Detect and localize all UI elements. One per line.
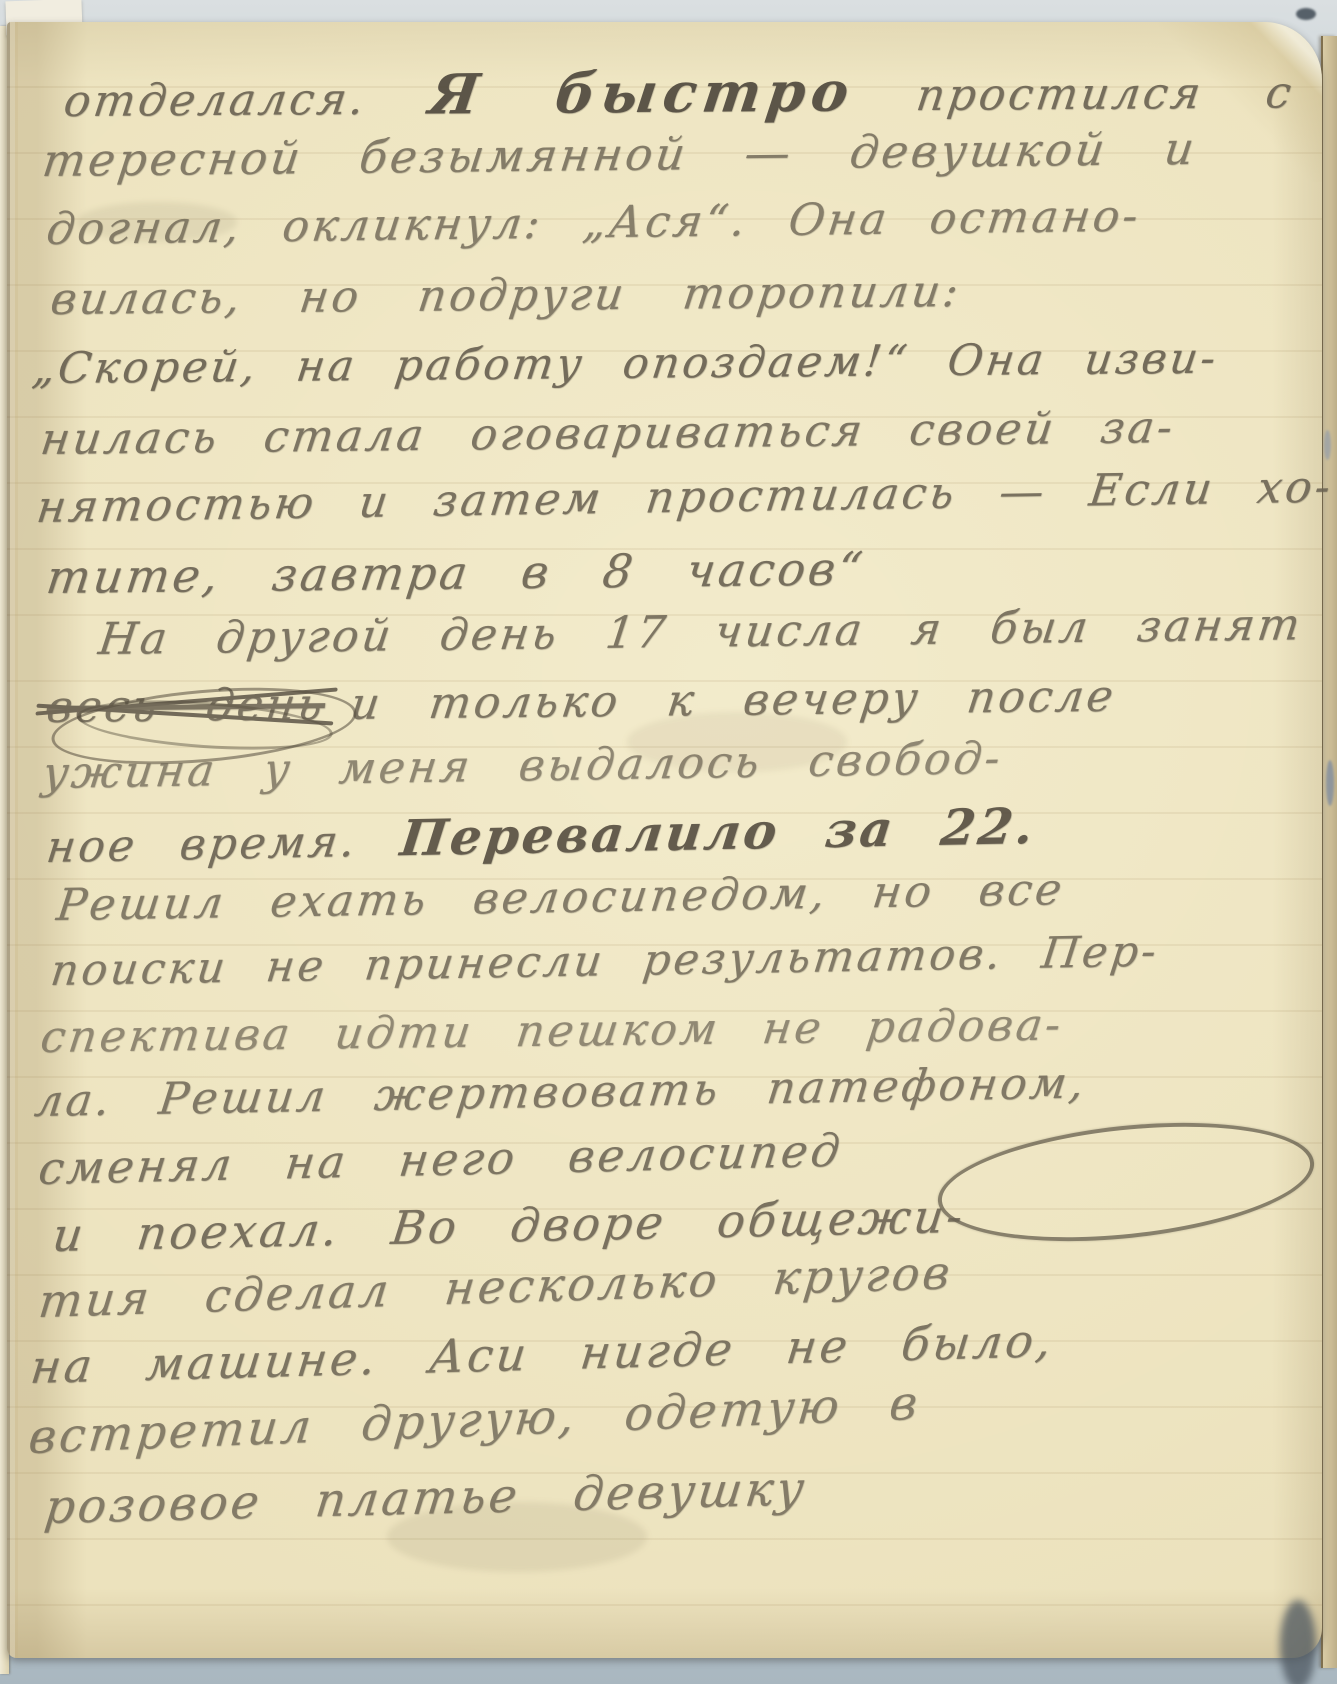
ink-stain [1326, 760, 1334, 806]
line-text: вилась, но подруги торопили: [48, 266, 965, 325]
line-text: ное время. [44, 815, 404, 873]
line-text: простился с ин [850, 67, 1337, 122]
pencil-smudge [387, 1502, 647, 1572]
handwriting-line: „Скорей, на работу опоздаем!“ Она изви- [30, 334, 1222, 394]
scanned-notebook-page: отделался. Я быстро простился с ин терес… [0, 0, 1337, 1684]
circled-word: велосипед [565, 1124, 845, 1183]
handwriting-line: вилась, но подруги торопили: [48, 266, 965, 325]
ink-dot [1296, 8, 1316, 20]
handwriting-line: тите, завтра в 8 часов“ [43, 541, 868, 604]
pencil-smudge [627, 712, 847, 772]
line-text-emphasis: Перевалило за 22. [397, 797, 1039, 867]
paper-page: отделался. Я быстро простился с ин терес… [7, 22, 1322, 1658]
line-text: „Скорей, на работу опоздаем!“ Она изви- [30, 334, 1222, 394]
pencil-smudge [77, 202, 237, 242]
handwriting-line: отделался. Я быстро простился с ин [61, 55, 1337, 130]
page-stack-edge [1321, 36, 1337, 1668]
line-text-emphasis: Я быстро [426, 58, 859, 126]
line-text: отделался. [61, 73, 433, 127]
ink-stain [1324, 430, 1331, 460]
line-text: тите, завтра в 8 часов“ [43, 541, 868, 604]
shadow-smudge [1280, 1600, 1316, 1684]
